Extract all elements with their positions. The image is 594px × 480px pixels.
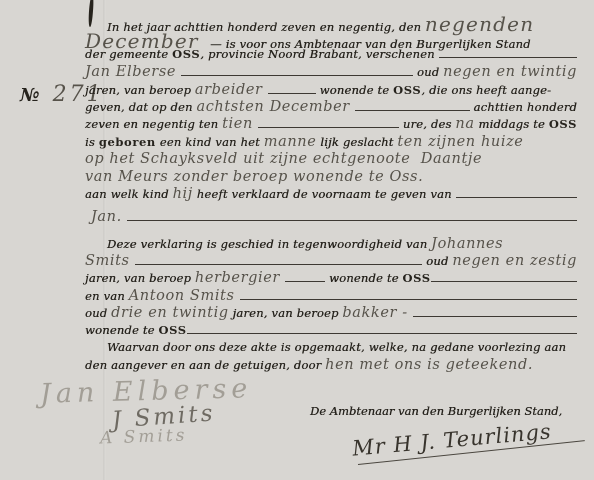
printed-text: OSS: [393, 83, 421, 97]
text-line: en van Antoon Smits: [85, 288, 577, 305]
printed-text: is: [85, 135, 99, 149]
text-line: jaren, van beroep arbeider wonende te OS…: [85, 82, 577, 99]
text-line: geven, dat op den achtsten December acht…: [85, 99, 577, 116]
handwritten-text: Johannes: [431, 236, 503, 252]
printed-text: wonende te: [316, 83, 393, 97]
text-line: Deze verklaring is geschied in tegenwoor…: [85, 236, 577, 253]
ruled-line: [285, 278, 325, 282]
printed-text: middags te: [475, 117, 549, 131]
printed-text: OSS: [403, 271, 431, 285]
text-line: op het Schayksveld uit zijne echtgenoote…: [85, 151, 577, 168]
text-line: jaren, van beroep herbergier wonende te …: [85, 270, 577, 287]
printed-text: oud: [422, 254, 452, 268]
text-line: In het jaar achttien honderd zeven en ne…: [85, 12, 577, 29]
text-line: Jan Elberse oud negen en twintig: [85, 64, 577, 81]
document-page: № 271 In het jaar achttien honderd zeven…: [0, 0, 594, 480]
text-line: is geboren een kind van het manne lijk g…: [85, 134, 577, 151]
printed-text: zeven en negentig ten: [85, 117, 222, 131]
printed-text: oud: [413, 65, 443, 79]
ruled-line: [181, 72, 413, 76]
printed-text: lijk geslacht: [316, 135, 397, 149]
printed-text: geven, dat op den: [85, 100, 196, 114]
handwritten-text: bakker -: [342, 305, 413, 321]
printed-text: der gemeente: [85, 47, 172, 61]
handwritten-text: tien: [222, 116, 258, 132]
ruled-line: [439, 54, 577, 58]
printed-text: OSS: [172, 47, 200, 61]
printed-text: oud: [85, 306, 111, 320]
signature-witness-2: A Smits: [100, 425, 188, 448]
document-text-block: In het jaar achttien honderd zeven en ne…: [85, 12, 577, 375]
ruled-line: [355, 107, 470, 111]
text-line: oud drie en twintig jaren, van beroep ba…: [85, 305, 577, 322]
text-line: Smits oud negen en zestig: [85, 253, 577, 270]
handwritten-text: Smits: [85, 253, 135, 269]
printed-text: wonende te: [85, 323, 159, 337]
printed-text: , die ons heeft aange-: [421, 83, 551, 97]
handwritten-text: Antoon Smits: [129, 288, 240, 304]
handwritten-text: achtsten December: [196, 99, 355, 115]
printed-text: een kind van het: [156, 135, 264, 149]
act-number-label: №: [20, 85, 40, 106]
ruled-line: [187, 330, 577, 334]
printed-text: , provincie Noord Brabant, verschenen: [200, 47, 438, 61]
handwritten-text: ten zijnen huize: [397, 134, 523, 150]
handwritten-text: negen en zestig: [452, 253, 577, 269]
text-line: zeven en negentig ten tien ure, des na m…: [85, 116, 577, 133]
handwritten-text: negen en twintig: [443, 64, 577, 80]
printed-text: OSS: [549, 117, 577, 131]
text-line: Jan.: [91, 209, 577, 226]
handwritten-text: op het Schayksveld uit zijne echtgenoote…: [85, 151, 482, 167]
handwritten-text: van Meurs zonder beroep wonende te Oss.: [85, 169, 423, 185]
printed-text: Deze verklaring is geschied in tegenwoor…: [107, 237, 431, 251]
ruled-line: [240, 296, 577, 300]
printed-text: jaren, van beroep: [85, 271, 195, 285]
printed-text: ure, des: [399, 117, 455, 131]
handwritten-text: manne: [264, 134, 317, 150]
text-line: den aangever en aan de getuigen, door he…: [85, 357, 577, 374]
handwritten-text: hen met ons is geteekend.: [325, 357, 533, 373]
ruled-line: [431, 278, 577, 282]
ruled-line: [268, 90, 316, 94]
printed-text: OSS: [159, 323, 187, 337]
text-line: wonende te OSS: [85, 323, 577, 340]
printed-text: en van: [85, 289, 129, 303]
handwritten-text: na: [455, 116, 474, 132]
ruled-line: [127, 217, 577, 221]
ruled-line: [258, 124, 399, 128]
printed-text: achttien honderd: [470, 100, 577, 114]
printed-text: den aangever en aan de getuigen, door: [85, 358, 325, 372]
printed-text: Waarvan door ons deze akte is opgemaakt,…: [107, 340, 566, 354]
printed-text: geboren: [99, 135, 156, 149]
handwritten-text: herbergier: [195, 270, 285, 286]
handwritten-text: negenden: [425, 12, 534, 36]
text-line: Waarvan door ons deze akte is opgemaakt,…: [85, 340, 577, 357]
printed-text: jaren, van beroep: [85, 83, 195, 97]
text-line: van Meurs zonder beroep wonende te Oss.: [85, 169, 577, 186]
ruled-line: [135, 261, 423, 265]
handwritten-text: arbeider: [195, 82, 268, 98]
printed-text: jaren, van beroep: [229, 306, 343, 320]
handwritten-text: hij: [173, 186, 193, 202]
clerk-title: De Ambtenaar van den Burgerlijken Stand,: [310, 404, 562, 418]
ruled-line: [456, 194, 577, 198]
printed-text: aan welk kind: [85, 187, 173, 201]
printed-text: wonende te: [325, 271, 402, 285]
text-line: aan welk kind hij heeft verklaard de voo…: [85, 186, 577, 203]
handwritten-text: Jan Elberse: [85, 64, 181, 80]
printed-text: heeft verklaard de voornaam te geven van: [193, 187, 456, 201]
ruled-line: [413, 313, 577, 317]
handwritten-text: drie en twintig: [111, 305, 229, 321]
handwritten-text: Jan.: [91, 209, 127, 225]
